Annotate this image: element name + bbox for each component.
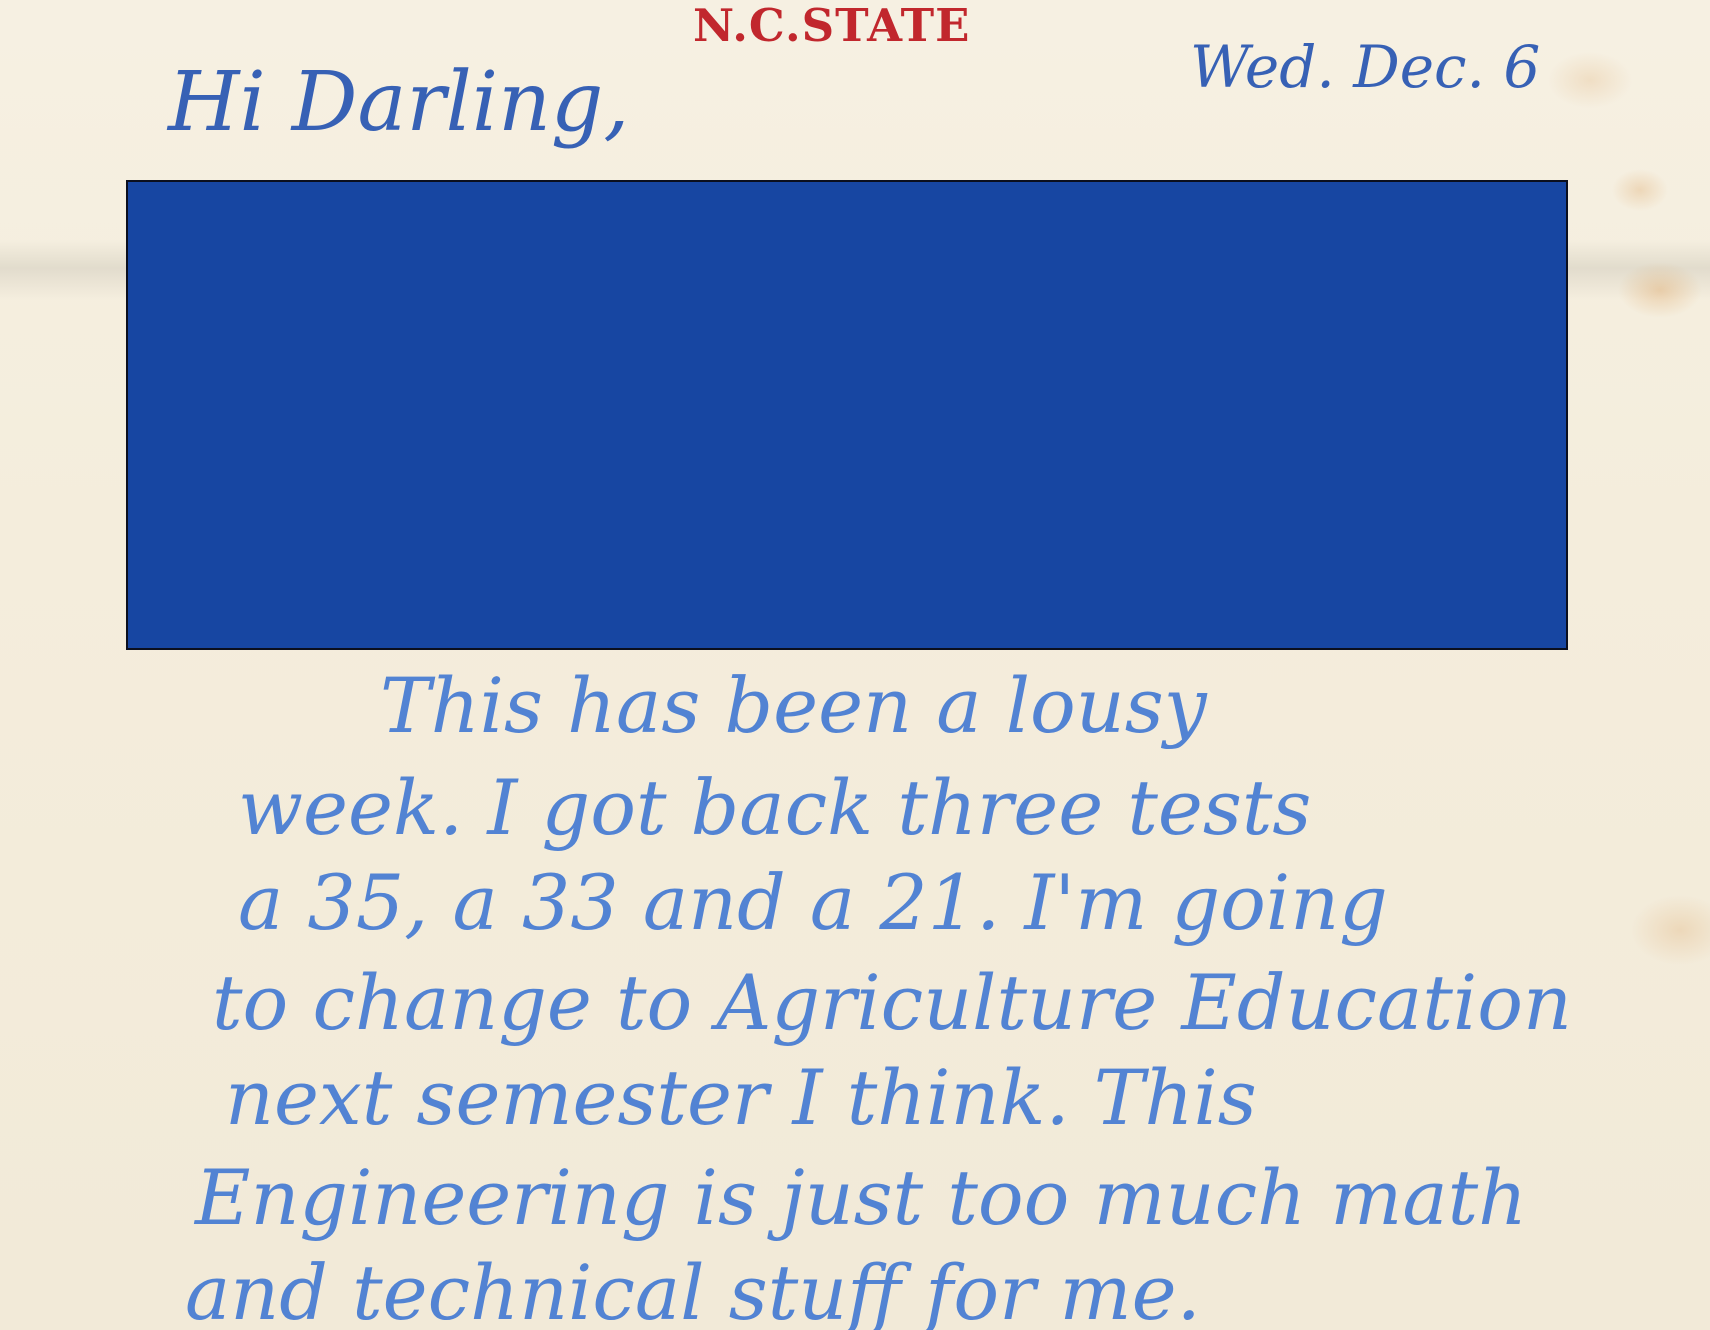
letter-line: a 35, a 33 and a 21. I'm going xyxy=(238,865,1388,941)
letter-line: to change to Agriculture Education xyxy=(212,965,1572,1041)
letter-line: next semester I think. This xyxy=(225,1060,1257,1136)
redaction-box xyxy=(126,180,1568,650)
letterhead-nc-state: N.C.STATE xyxy=(693,0,1013,54)
letter-date: Wed. Dec. 6 xyxy=(1190,38,1540,96)
letter-salutation: Hi Darling, xyxy=(168,62,629,144)
letter-line: and technical stuff for me. xyxy=(185,1255,1201,1330)
letter-line: This has been a lousy xyxy=(380,668,1207,744)
letter-line: Engineering is just too much math xyxy=(195,1160,1527,1236)
letter-line: week. I got back three tests xyxy=(238,770,1311,846)
